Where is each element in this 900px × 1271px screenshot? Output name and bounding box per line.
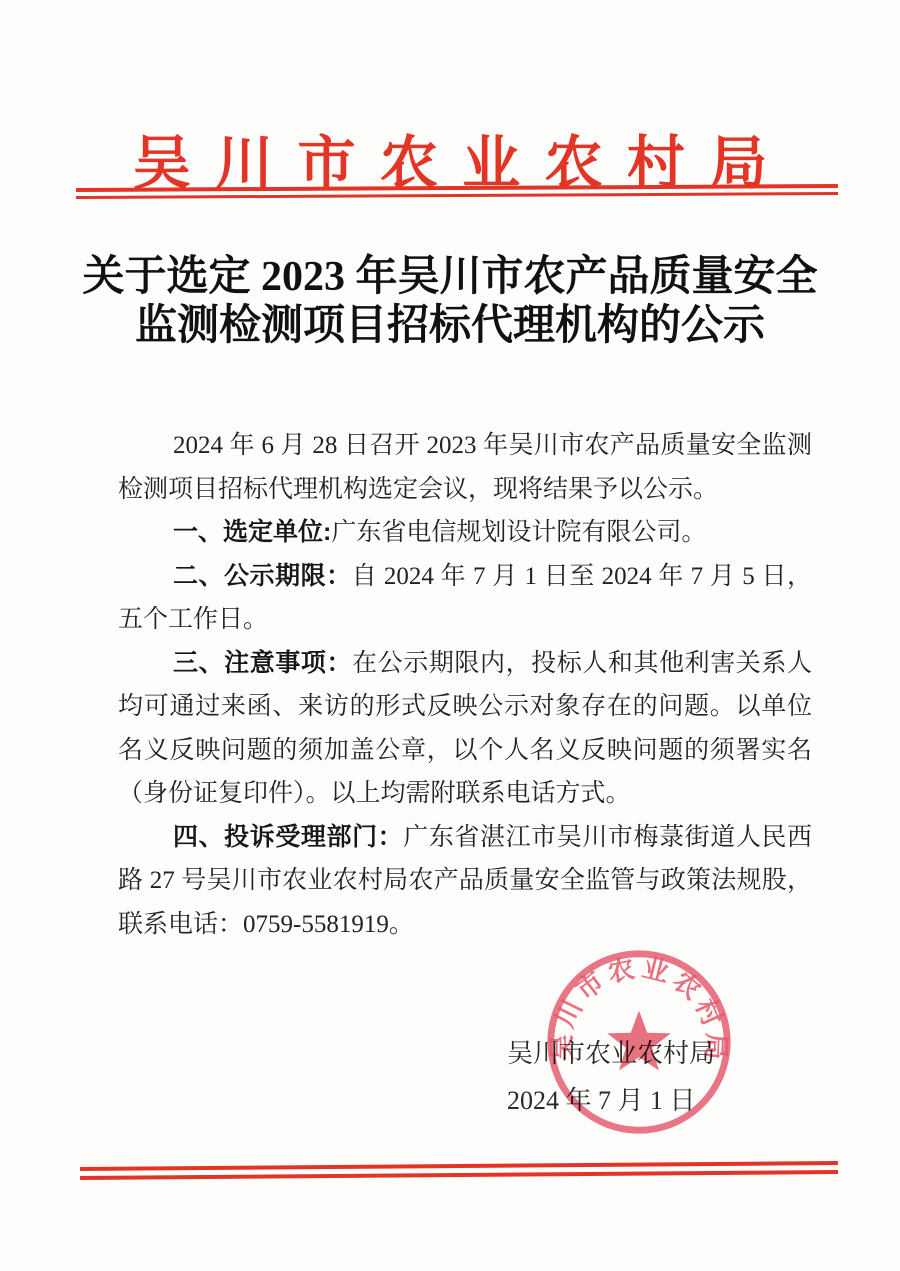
intro-paragraph: 2024 年 6 月 28 日召开 2023 年吴川市农产品质量安全监测检测项目…: [118, 424, 812, 511]
footer-rule-bottom: [80, 1170, 838, 1180]
document-title-line2: 监测检测项目招标代理机构的公示: [0, 302, 900, 351]
item-complaint-department: 四、投诉受理部门：广东省湛江市吴川市梅菉街道人民西路 27 号吴川市农业农村局农…: [118, 816, 812, 947]
item-publicity-period: 二、公示期限：自 2024 年 7 月 1 日至 2024 年 7 月 5 日，…: [118, 555, 812, 642]
document-title: 关于选定 2023 年吴川市农产品质量安全 监测检测项目招标代理机构的公示: [0, 253, 900, 351]
item-complaint-department-label: 四、投诉受理部门：: [173, 823, 403, 851]
item-publicity-period-label: 二、公示期限：: [173, 562, 352, 590]
footer-rule-top: [80, 1161, 838, 1171]
document-body: 2024 年 6 月 28 日召开 2023 年吴川市农产品质量安全监测检测项目…: [118, 424, 812, 946]
document-page: 吴川市农业农村局 关于选定 2023 年吴川市农产品质量安全 监测检测项目招标代…: [0, 0, 900, 1271]
item-selected-unit: 一、选定单位:广东省电信规划设计院有限公司。: [118, 511, 812, 555]
item-notes-label: 三、注意事项：: [173, 649, 352, 677]
seal-star-icon: [607, 1011, 671, 1071]
item-selected-unit-label: 一、选定单位:: [173, 518, 331, 546]
document-title-line1: 关于选定 2023 年吴川市农产品质量安全: [0, 253, 900, 302]
item-selected-unit-text: 广东省电信规划设计院有限公司。: [331, 519, 706, 546]
official-seal-stamp: 吴川市农业农村局: [541, 944, 737, 1140]
item-notes: 三、注意事项：在公示期限内，投标人和其他利害关系人均可通过来函、来访的形式反映公…: [118, 642, 812, 816]
footer-double-rule: [80, 1161, 838, 1180]
